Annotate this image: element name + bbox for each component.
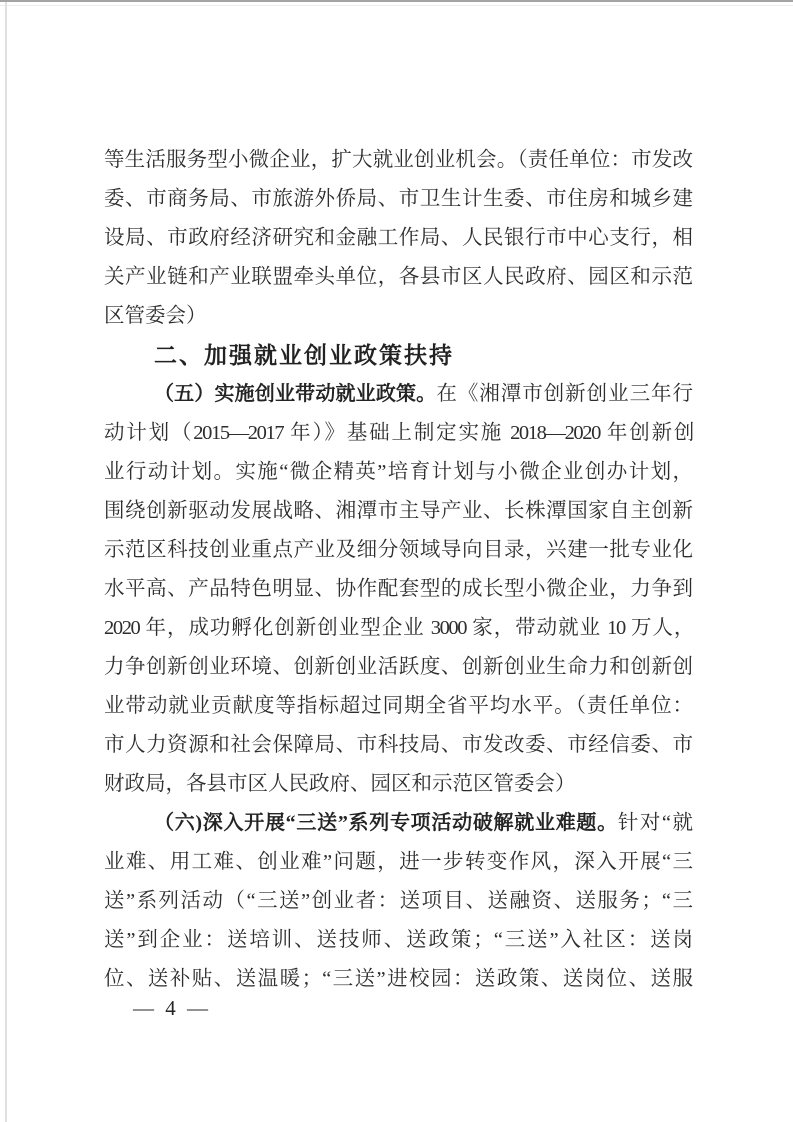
text-line: 水平高、产品特色明显、协作配套型的成长型小微企业，力争到 — [104, 570, 693, 609]
line-text: 财政局，各县市区人民政府、园区和示范区管委会） — [104, 773, 576, 795]
paragraph-lead: （六)深入开展“三送”系列专项活动破解就业难题。 — [154, 812, 618, 834]
document-body: 等生活服务型小微企业，扩大就业创业机会。（责任单位：市发改 委、市商务局、市旅游… — [104, 141, 693, 999]
line-text: 力争创新创业环境、创新创业活跃度、创新创业生命力和创新创 — [104, 656, 693, 678]
scan-edge-top — [0, 0, 793, 2]
text-line: （六)深入开展“三送”系列专项活动破解就业难题。针对“就 — [104, 804, 693, 843]
text-line: 区管委会） — [104, 297, 693, 336]
line-text: 关产业链和产业联盟牵头单位，各县市区人民政府、园区和示范 — [104, 266, 693, 288]
text-line: 送”系列活动（“三送”创业者：送项目、送融资、送服务；“三 — [104, 882, 693, 921]
text-line: 关产业链和产业联盟牵头单位，各县市区人民政府、园区和示范 — [104, 258, 693, 297]
line-text: 区管委会） — [104, 305, 207, 327]
text-line: 市人力资源和社会保障局、市科技局、市发改委、市经信委、市 — [104, 726, 693, 765]
line-text: 等生活服务型小微企业，扩大就业创业机会。（责任单位：市发改 — [104, 149, 693, 171]
text-line: 等生活服务型小微企业，扩大就业创业机会。（责任单位：市发改 — [104, 141, 693, 180]
scan-edge-top-faint — [0, 5, 793, 6]
text-line: 围绕创新驱动发展战略、湘潭市主导产业、长株潭国家自主创新 — [104, 492, 693, 531]
text-line: 2020 年，成功孵化创新创业型企业 3000 家，带动就业 10 万人， — [104, 609, 693, 648]
text-line: 位、送补贴、送温暖；“三送”进校园：送政策、送岗位、送服 — [104, 960, 693, 999]
document-page: 等生活服务型小微企业，扩大就业创业机会。（责任单位：市发改 委、市商务局、市旅游… — [0, 0, 793, 1122]
line-text: 2020 年，成功孵化创新创业型企业 3000 家，带动就业 10 万人， — [104, 617, 693, 639]
line-text: 送”到企业：送培训、送技师、送政策；“三送”入社区：送岗 — [104, 929, 693, 951]
text-line: （五）实施创业带动就业政策。在《湘潭市创新创业三年行 — [104, 375, 693, 414]
line-text: 动计划（2015—2017 年）》基础上制定实施 2018—2020 年创新创 — [104, 422, 693, 444]
line-text: 市人力资源和社会保障局、市科技局、市发改委、市经信委、市 — [104, 734, 693, 756]
line-text: 示范区科技创业重点产业及细分领域导向目录，兴建一批专业化 — [104, 539, 693, 561]
scan-edge-left — [5, 2, 7, 1122]
line-text: 业难、用工难、创业难”问题，进一步转变作风，深入开展“三 — [104, 851, 693, 873]
text-line: 业行动计划。实施“微企精英”培育计划与小微企业创办计划， — [104, 453, 693, 492]
line-text: 业行动计划。实施“微企精英”培育计划与小微企业创办计划， — [104, 461, 693, 483]
line-text: 设局、市政府经济研究和金融工作局、人民银行市中心支行，相 — [104, 227, 693, 249]
paragraph-lead: （五）实施创业带动就业政策。 — [154, 383, 436, 405]
text-line: 力争创新创业环境、创新创业活跃度、创新创业生命力和创新创 — [104, 648, 693, 687]
line-text: 送”系列活动（“三送”创业者：送项目、送融资、送服务；“三 — [104, 890, 693, 912]
text-line: 示范区科技创业重点产业及细分领域导向目录，兴建一批专业化 — [104, 531, 693, 570]
text-line: 动计划（2015—2017 年）》基础上制定实施 2018—2020 年创新创 — [104, 414, 693, 453]
line-text: 水平高、产品特色明显、协作配套型的成长型小微企业，力争到 — [104, 578, 693, 600]
section-heading: 二、加强就业创业政策扶持 — [104, 336, 693, 375]
line-text: 针对“就 — [618, 812, 693, 834]
section-heading-text: 二、加强就业创业政策扶持 — [154, 342, 454, 368]
line-text: 委、市商务局、市旅游外侨局、市卫生计生委、市住房和城乡建 — [104, 188, 693, 210]
line-text: 业带动就业贡献度等指标超过同期全省平均水平。（责任单位： — [104, 695, 693, 717]
text-line: 财政局，各县市区人民政府、园区和示范区管委会） — [104, 765, 693, 804]
line-text: 围绕创新驱动发展战略、湘潭市主导产业、长株潭国家自主创新 — [104, 500, 693, 522]
text-line: 委、市商务局、市旅游外侨局、市卫生计生委、市住房和城乡建 — [104, 180, 693, 219]
text-line: 送”到企业：送培训、送技师、送政策；“三送”入社区：送岗 — [104, 921, 693, 960]
text-line: 业带动就业贡献度等指标超过同期全省平均水平。（责任单位： — [104, 687, 693, 726]
text-line: 设局、市政府经济研究和金融工作局、人民银行市中心支行，相 — [104, 219, 693, 258]
page-number: — 4 — — [133, 996, 211, 1021]
text-line: 业难、用工难、创业难”问题，进一步转变作风，深入开展“三 — [104, 843, 693, 882]
line-text: 位、送补贴、送温暖；“三送”进校园：送政策、送岗位、送服 — [104, 968, 693, 990]
line-text: 在《湘潭市创新创业三年行 — [436, 383, 693, 405]
